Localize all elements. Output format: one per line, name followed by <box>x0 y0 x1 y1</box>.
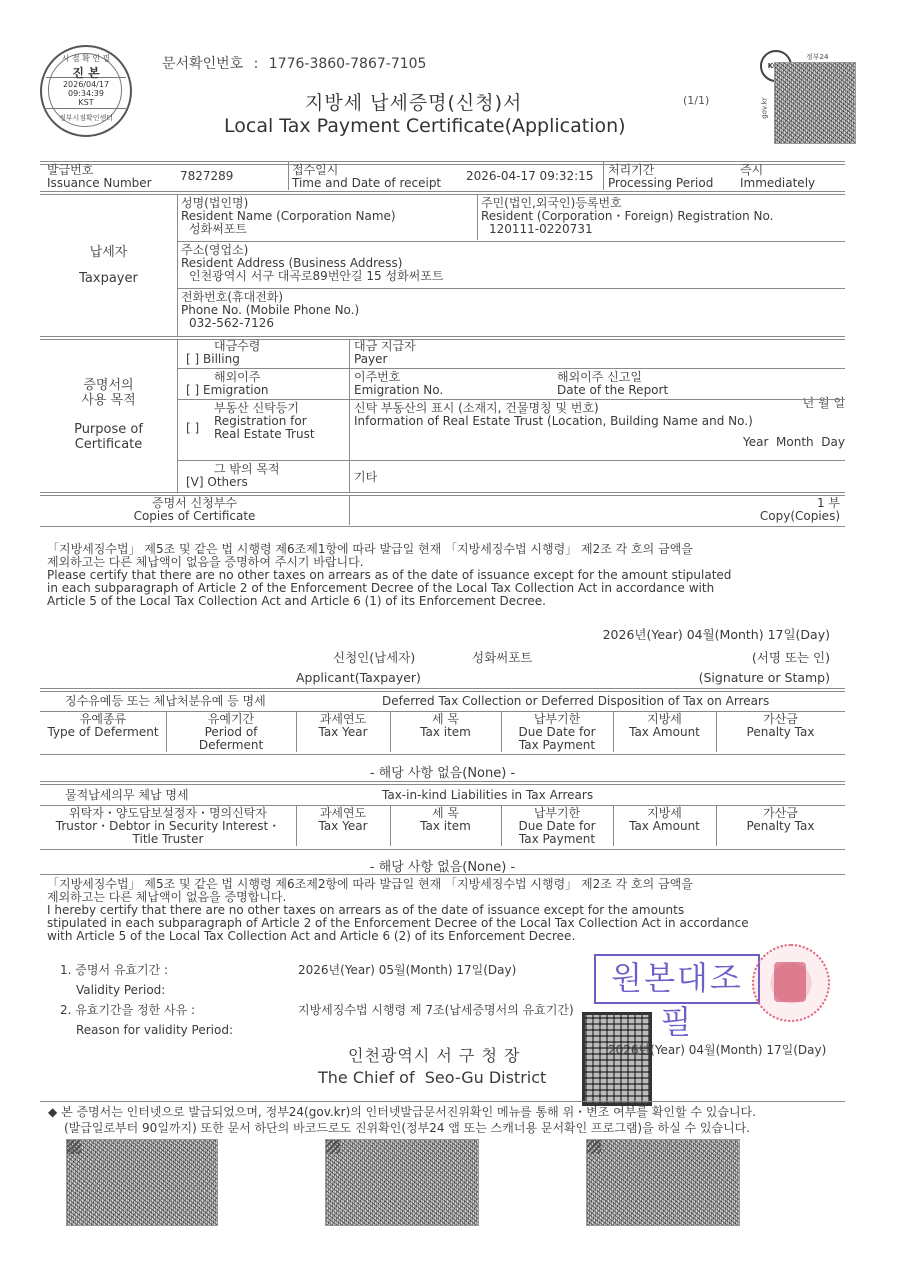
sign-label-en: (Signature or Stamp) <box>600 670 830 685</box>
divider <box>716 711 717 752</box>
validity-label: 1. 증명서 유효기간 : Validity Period: <box>60 960 168 1000</box>
taxpayer-phone-value: 032-562-7126 <box>181 317 359 330</box>
original-verified-stamp: 원본대조필 <box>594 954 760 1004</box>
emigration-report-date-label: 해외이주 신고일 Date of the Report <box>557 371 668 397</box>
divider <box>613 805 614 846</box>
red-official-seal-icon <box>752 944 830 1022</box>
column-header: 유예종류Type of Deferment <box>40 713 166 739</box>
request-date: 2026년(Year) 04월(Month) 17일(Day) <box>500 625 830 643</box>
section-divider <box>40 781 845 785</box>
taxpayer-reg-value: 120111-0220731 <box>481 223 773 236</box>
processing-value: 즉시 Immediately <box>740 164 815 190</box>
diamond-bullet-icon: ◆ <box>48 1105 57 1119</box>
page-title-en: Local Tax Payment Certificate(Applicatio… <box>224 115 626 137</box>
issuance-number-label: 발급번호 Issuance Number <box>47 164 152 190</box>
barcode-1 <box>66 1139 218 1226</box>
doc-check-separator: : <box>254 56 259 72</box>
column-header: 지방세Tax Amount <box>613 807 716 833</box>
divider <box>166 711 167 752</box>
column-header: 과세연도Tax Year <box>296 807 390 833</box>
divider <box>177 194 178 336</box>
barcode-2 <box>325 1139 479 1226</box>
column-header: 지방세Tax Amount <box>613 713 716 739</box>
purpose-emigration-detail: 이주번호 Emigration No. <box>354 371 443 397</box>
column-header: 위탁자・양도담보설정자・명의신탁자Trustor・Debtor in Secur… <box>40 807 296 846</box>
checkbox-real-estate-trust[interactable]: [ ] <box>186 415 214 441</box>
purpose-emigration[interactable]: 해외이주 [ ] Emigration <box>186 371 269 397</box>
footer-note: ◆ 본 증명서는 인터넷으로 발급되었으며, 정부24(gov.kr)의 인터넷… <box>48 1104 756 1136</box>
taxpayer-section-label: 납세자 Taxpayer <box>40 240 177 292</box>
seal-bottom-text: 정부시점확인센터 <box>42 113 130 123</box>
time-verification-seal: 시 점 확 인 필 진 본 2026/04/17 09:34:39 KST 정부… <box>40 45 132 137</box>
column-header: 가산금Penalty Tax <box>716 807 845 833</box>
divider <box>501 805 502 846</box>
divider <box>288 162 289 190</box>
divider <box>177 460 845 461</box>
issuer-ko: 인천광역시 서 구 청 장 <box>348 1043 520 1066</box>
reason-value: 지방세징수법 시행령 제 7조(납세증명서의 유효기간) <box>298 1004 574 1017</box>
divider <box>390 805 391 846</box>
divider <box>40 874 845 875</box>
purpose-real-estate-trust[interactable]: 부동산 신탁등기 [ ] Registration for Real Estat… <box>186 402 315 441</box>
column-header: 과세연도Tax Year <box>296 713 390 739</box>
taxpayer-name-field: 성명(법인명) Resident Name (Corporation Name)… <box>181 197 396 236</box>
copies-label: 증명서 신청부수 Copies of Certificate <box>40 497 349 523</box>
processing-label: 처리기간 Processing Period <box>608 164 713 190</box>
checkbox-others[interactable]: [V] <box>186 475 204 489</box>
taxpayer-phone-field: 전화번호(휴대전화) Phone No. (Mobile Phone No.) … <box>181 291 359 330</box>
qr-side-label: gov.kr <box>761 97 769 118</box>
barcode-corner-icon <box>587 1140 601 1154</box>
divider <box>501 711 502 752</box>
receipt-label: 접수일시 Time and Date of receipt <box>292 164 441 190</box>
qr-label: 정부24 <box>806 52 828 62</box>
certify-statement: 「지방세징수법」 제5조 및 같은 법 시행령 제6조제2항에 따라 발급일 현… <box>47 878 749 943</box>
issue-date: 2026년(Year) 04월(Month) 17일(Day) <box>608 1044 826 1057</box>
divider <box>40 1101 845 1102</box>
checkbox-billing[interactable]: [ ] <box>186 352 199 366</box>
issuance-number-value: 7827289 <box>180 170 233 183</box>
applicant-name: 성화써포트 <box>472 648 532 666</box>
divider <box>177 339 178 492</box>
seal-timezone: KST <box>42 98 130 107</box>
inkind-title-en: Tax-in-kind Liabilities in Tax Arrears <box>382 789 593 802</box>
applicant-label-en: Applicant(Taxpayer) <box>296 670 421 685</box>
validity-value: 2026년(Year) 05월(Month) 17일(Day) <box>298 964 516 977</box>
divider <box>40 849 845 850</box>
divider <box>603 162 604 190</box>
inkind-title-ko: 물적납세의무 체납 명세 <box>65 789 189 802</box>
divider <box>40 754 845 755</box>
divider <box>296 711 297 752</box>
table-top-border <box>40 161 845 165</box>
column-header: 세 목Tax item <box>390 713 501 739</box>
applicant-label-ko: 신청인(납세자) <box>333 648 415 666</box>
section-divider <box>40 688 845 692</box>
divider <box>477 194 478 240</box>
divider <box>177 288 845 289</box>
request-statement: 「지방세징수법」 제5조 및 같은 법 시행령 제6조제1항에 따라 발급일 현… <box>47 543 731 608</box>
divider <box>296 805 297 846</box>
issuer-en: The Chief of Seo-Gu District <box>318 1068 546 1087</box>
divider <box>613 711 614 752</box>
taxpayer-address-field: 주소(영업소) Resident Address (Business Addre… <box>181 244 443 283</box>
deferred-title-ko: 징수유예등 또는 체납처분유예 등 명세 <box>65 695 266 708</box>
doc-check-label: 문서확인번호 <box>162 56 243 72</box>
checkbox-emigration[interactable]: [ ] <box>186 383 199 397</box>
divider <box>177 368 845 369</box>
sign-label-ko: (서명 또는 인) <box>600 648 830 666</box>
purpose-others-detail: 기타 <box>354 471 377 484</box>
column-header: 납부기한Due Date for Tax Payment <box>501 713 613 752</box>
page-indicator: (1/1) <box>683 94 709 107</box>
reason-label: 2. 유효기간을 정한 사유 : Reason for validity Per… <box>60 1000 233 1040</box>
purpose-section-label: 증명서의 사용 목적 Purpose of Certificate <box>40 378 177 452</box>
receipt-value: 2026-04-17 09:32:15 <box>466 170 593 183</box>
divider <box>349 339 350 492</box>
purpose-real-estate-trust-detail: 신탁 부동산의 표시 (소재지, 건물명칭 및 번호) Information … <box>354 402 753 428</box>
purpose-billing[interactable]: 대금수령 [ ] Billing <box>186 340 260 366</box>
barcode-3 <box>586 1139 740 1226</box>
seal-time: 09:34:39 <box>42 89 130 98</box>
column-header: 세 목Tax item <box>390 807 501 833</box>
divider <box>177 399 845 400</box>
barcode-corner-icon <box>67 1140 81 1154</box>
divider <box>716 805 717 846</box>
purpose-others[interactable]: 그 밖의 목적 [V] Others <box>186 463 280 489</box>
column-header: 유예기간Period of Deferment <box>166 713 296 752</box>
seal-center-text: 진 본 <box>42 64 130 81</box>
section-divider <box>40 191 845 195</box>
doc-check-number: 1776-3860-7867-7105 <box>269 56 427 72</box>
district-official-seal-icon <box>582 1012 652 1106</box>
divider <box>390 711 391 752</box>
purpose-billing-detail: 대금 지급자 Payer <box>354 340 416 366</box>
divider <box>40 526 845 527</box>
deferred-empty-row: - 해당 사항 없음(None) - <box>40 762 845 781</box>
column-header: 납부기한Due Date for Tax Payment <box>501 807 613 846</box>
seal-date: 2026/04/17 <box>42 80 130 89</box>
column-header: 가산금Penalty Tax <box>716 713 845 739</box>
page-title-ko: 지방세 납세증명(신청)서 <box>305 88 522 115</box>
barcode-corner-icon <box>326 1140 340 1154</box>
divider <box>349 495 350 525</box>
taxpayer-address-value: 인천광역시 서구 대곡로89번안길 15 성화써포트 <box>181 270 443 283</box>
taxpayer-reg-field: 주민(법인,외국인)등록번호 Resident (Corporation・For… <box>481 197 773 236</box>
section-divider <box>40 336 845 340</box>
deferred-title-en: Deferred Tax Collection or Deferred Disp… <box>382 695 769 708</box>
qr-code <box>774 62 856 144</box>
copies-value: 1 부 Copy(Copies) <box>600 497 840 523</box>
inkind-empty-row: - 해당 사항 없음(None) - <box>40 856 845 875</box>
taxpayer-name-value: 성화써포트 <box>181 223 396 236</box>
seal-top-text: 시 점 확 인 필 <box>42 53 130 64</box>
divider <box>177 241 845 242</box>
doc-check-row: 문서확인번호 : 1776-3860-7867-7105 <box>162 53 426 73</box>
